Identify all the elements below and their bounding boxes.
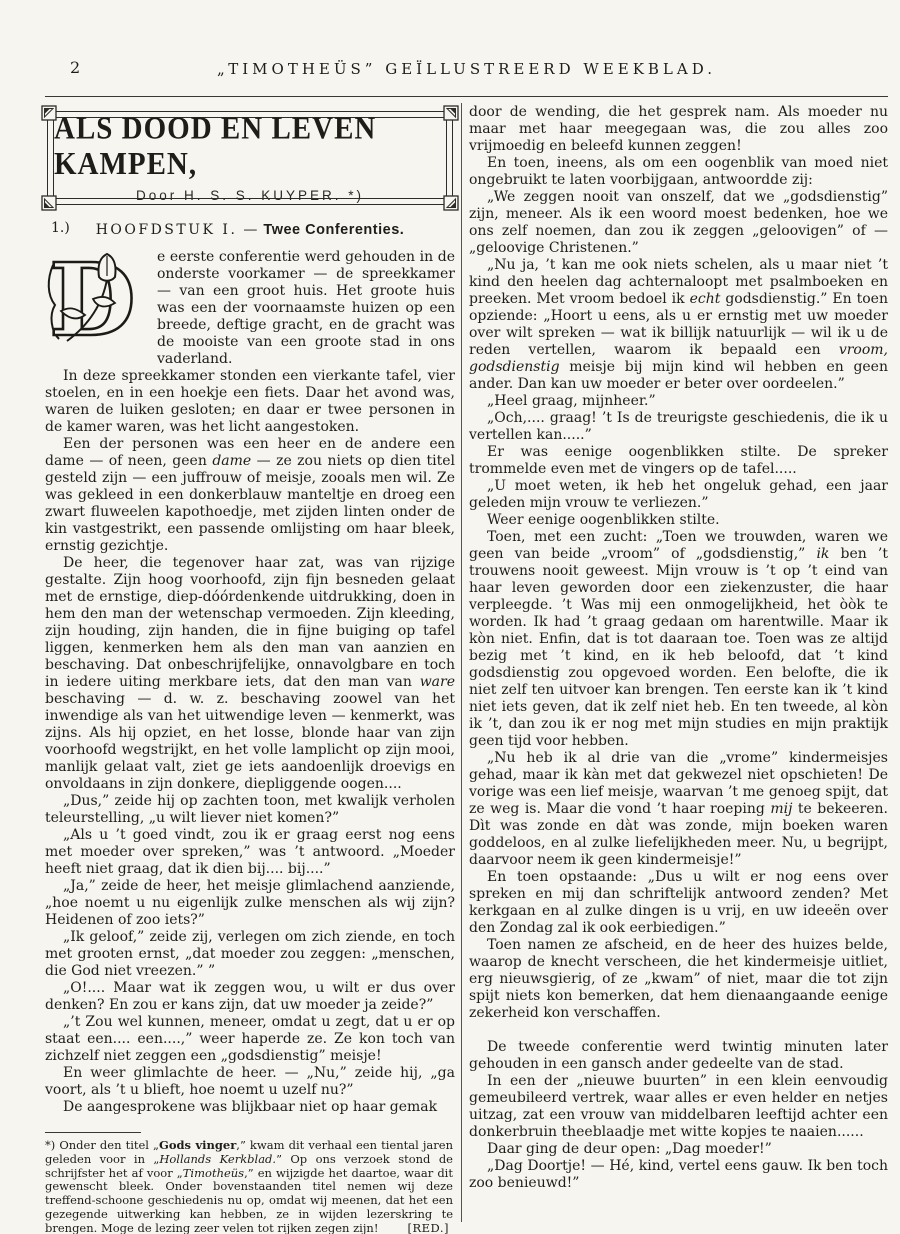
paragraph: Er was eenige oogenblikken stilte. De sp…	[469, 444, 888, 478]
footnote: *) Onder den titel „Gods vinger,” kwam d…	[45, 1132, 455, 1234]
masthead-title: „TIMOTHEÜS” GEÏLLUSTREERD WEEKBLAD.	[45, 56, 888, 78]
footnote-divider	[45, 1132, 141, 1133]
paragraph: Toen namen ze afscheid, en de heer des h…	[469, 937, 888, 1022]
corner-ornament-icon	[438, 104, 460, 126]
left-paragraphs: e eerste conferentie werd gehouden in de…	[45, 249, 455, 1116]
corner-ornament-icon	[40, 104, 62, 126]
chapter-heading: 1.) HOOFDSTUK I.—Twee Conferenties.	[45, 219, 455, 239]
paragraph: De heer, die tegenover haar zat, was van…	[45, 555, 455, 793]
paragraph: En toen opstaande: „Dus u wilt er nog ee…	[469, 869, 888, 937]
article-title-box: ALS DOOD EN LEVEN KAMPEN, Door H. S. S. …	[47, 111, 453, 205]
right-column: door de wending, die het gesprek nam. Al…	[469, 103, 888, 1234]
chapter-section-title: Twee Conferenties.	[263, 222, 404, 238]
svg-text:D: D	[49, 251, 136, 351]
paragraph: In een der „nieuwe buurten” in een klein…	[469, 1073, 888, 1141]
paragraph: „Heel graag, mijnheer.”	[469, 393, 888, 410]
paragraph: „’t Zou wel kunnen, meneer, omdat u zegt…	[45, 1014, 455, 1065]
paragraph: „Nu ja, ’t kan me ook niets schelen, als…	[469, 257, 888, 393]
paragraph: „We zeggen nooit van onszelf, dat we „go…	[469, 189, 888, 257]
paragraph: In deze spreekkamer stonden een vierkant…	[45, 368, 455, 436]
chapter-dash: —	[243, 222, 257, 238]
paragraph: Een der personen was een heer en de ande…	[45, 436, 455, 555]
paragraph: De aangesprokene was blijkbaar niet op h…	[45, 1099, 455, 1116]
paragraph: „Nu heb ik al drie van die „vrome” kinde…	[469, 750, 888, 869]
header-rule	[45, 96, 888, 97]
dropcap-initial-d: D	[45, 251, 149, 351]
paragraph: „Dus,” zeide hij op zachten toon, met kw…	[45, 793, 455, 827]
paragraph: „U moet weten, ik heb het ongeluk gehad,…	[469, 478, 888, 512]
magazine-page: 2 „TIMOTHEÜS” GEÏLLUSTREERD WEEKBLAD. AL…	[0, 0, 900, 1234]
paragraph: „Ik geloof,” zeide zij, verlegen om zich…	[45, 929, 455, 980]
article-title-box-inner: ALS DOOD EN LEVEN KAMPEN, Door H. S. S. …	[53, 117, 447, 199]
article-title: ALS DOOD EN LEVEN KAMPEN,	[54, 111, 446, 182]
paragraph: „Dag Doortje! — Hé, kind, vertel eens ga…	[469, 1158, 888, 1192]
part-number: 1.)	[51, 220, 70, 236]
paragraph: Weer eenige oogenblikken stilte.	[469, 512, 888, 529]
footnote-body: *) Onder den titel „Gods vinger,” kwam d…	[45, 1138, 453, 1234]
paragraph: „Och,.... graag! ’t Is de treurigste ges…	[469, 410, 888, 444]
paragraph: Toen, met een zucht: „Toen we trouwden, …	[469, 529, 888, 750]
page-header: 2 „TIMOTHEÜS” GEÏLLUSTREERD WEEKBLAD.	[45, 56, 888, 90]
paragraph: En toen, ineens, als om een oogenblik va…	[469, 155, 888, 189]
left-column: ALS DOOD EN LEVEN KAMPEN, Door H. S. S. …	[45, 103, 455, 1234]
paragraph: „Als u ’t goed vindt, zou ik er graag ee…	[45, 827, 455, 878]
footnote-signature: [RED.]	[408, 1222, 450, 1234]
paragraph: Daar ging de deur open: „Dag moeder!”	[469, 1141, 888, 1158]
article-byline: Door H. S. S. KUYPER. *)	[136, 188, 364, 203]
right-column-text: door de wending, die het gesprek nam. Al…	[469, 104, 888, 1192]
paragraph: door de wending, die het gesprek nam. Al…	[469, 104, 888, 155]
right-paragraphs: door de wending, die het gesprek nam. Al…	[469, 104, 888, 1192]
chapter-name: HOOFDSTUK I.	[96, 222, 238, 238]
paragraph: „Ja,” zeide de heer, het meisje glimlach…	[45, 878, 455, 929]
two-column-layout: ALS DOOD EN LEVEN KAMPEN, Door H. S. S. …	[45, 103, 888, 1234]
paragraph: En weer glimlachte de heer. — „Nu,” zeid…	[45, 1065, 455, 1099]
corner-ornament-icon	[40, 190, 62, 212]
column-divider	[461, 103, 462, 1222]
paragraph: De tweede conferentie werd twintig minut…	[469, 1039, 888, 1073]
footnote-text: *) Onder den titel „Gods vinger,” kwam d…	[45, 1139, 455, 1234]
page-number: 2	[70, 58, 80, 77]
corner-ornament-icon	[438, 190, 460, 212]
paragraph: „O!.... Maar wat ik zeggen wou, u wilt e…	[45, 980, 455, 1014]
left-column-text: D e eerste conferentie werd gehouden in …	[45, 249, 455, 1116]
